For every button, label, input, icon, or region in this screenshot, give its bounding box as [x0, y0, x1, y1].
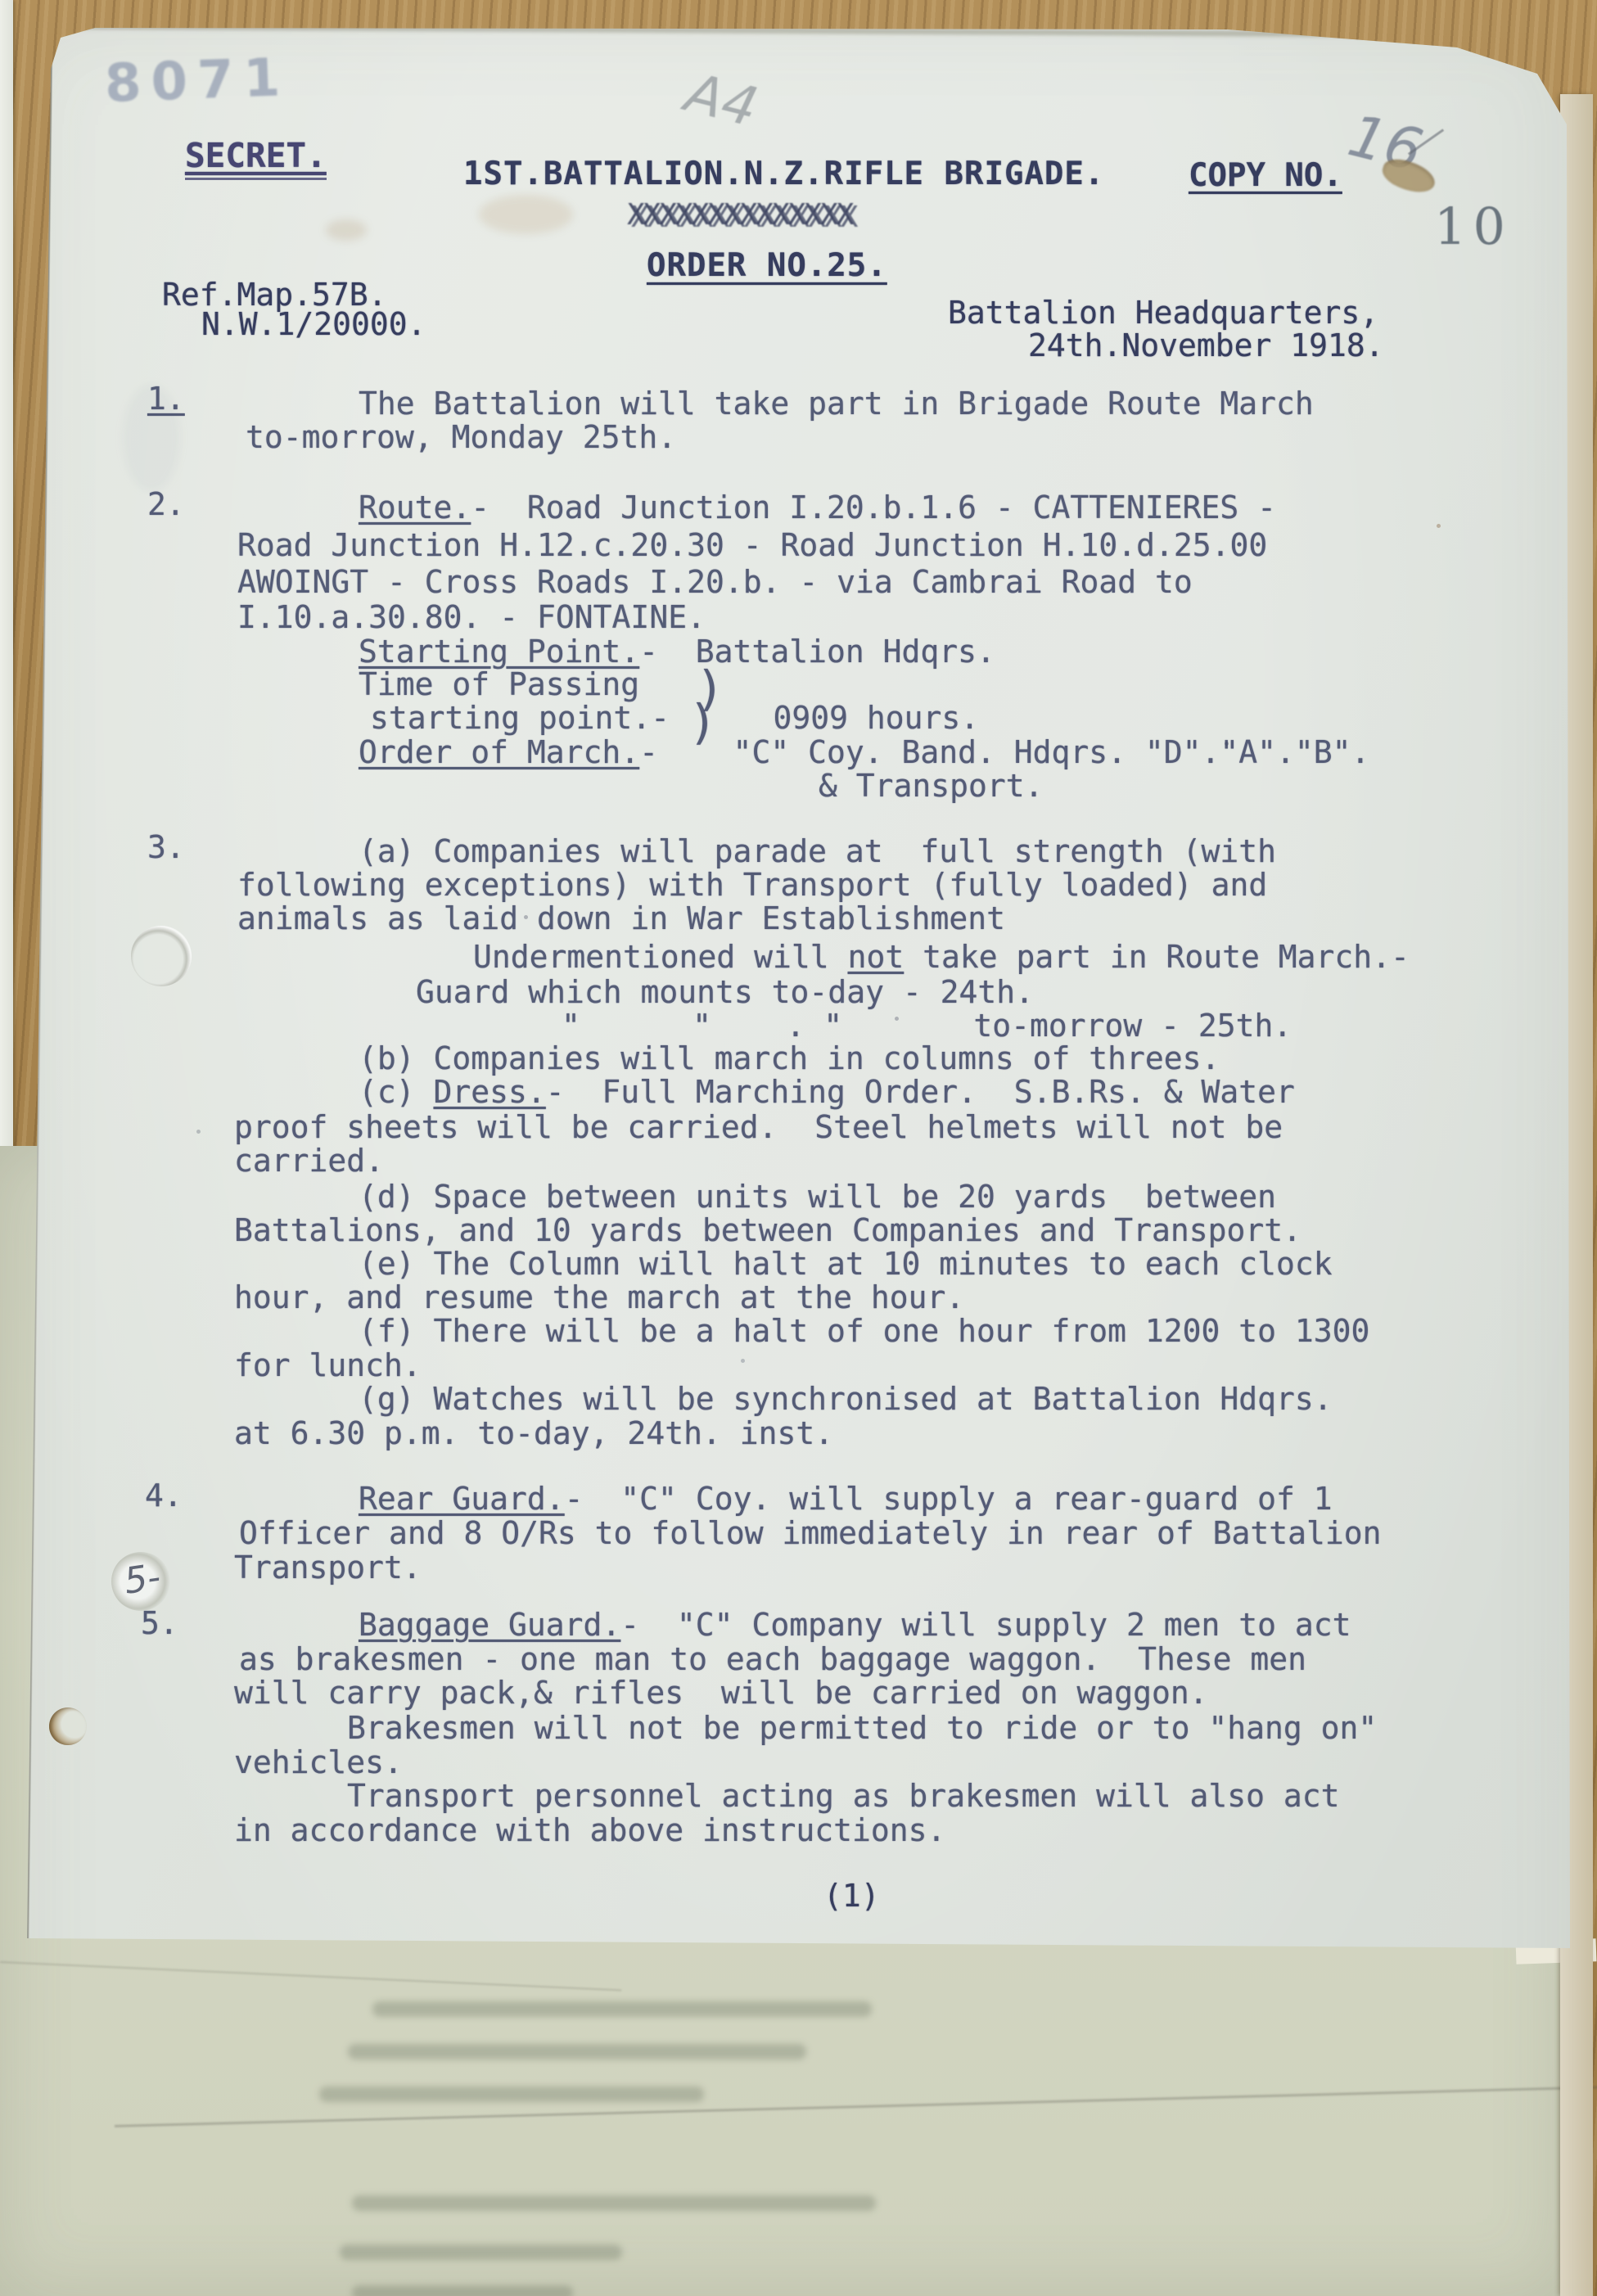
typed-line: Transport.	[234, 1552, 422, 1585]
typed-line: Battalions, and 10 yards between Compani…	[234, 1215, 1302, 1247]
typed-line: hour, and resume the march at the hour.	[234, 1282, 964, 1315]
typed-line: Baggage Guard.- "C" Company will supply …	[359, 1609, 1351, 1642]
typed-line: Road Junction H.12.c.20.30 - Road Juncti…	[237, 530, 1267, 562]
typed-line: (g) Watches will be synchronised at Batt…	[359, 1383, 1333, 1416]
typed-line: at 6.30 p.m. to-day, 24th. inst.	[234, 1418, 833, 1450]
typed-line: & Transport.	[819, 770, 1044, 803]
typed-line: The Battalion will take part in Brigade …	[359, 388, 1314, 421]
typed-line: carried.	[234, 1145, 384, 1178]
typed-line: for lunch.	[234, 1350, 422, 1383]
typed-line: will carry pack,& rifles will be carried…	[234, 1677, 1208, 1710]
typed-lines: 1.The Battalion will take part in Brigad…	[0, 0, 1597, 2296]
typed-line: Time of Passing )	[359, 669, 724, 701]
typed-line: 2.	[147, 489, 185, 521]
scanned-document-photo: 8071 A4 10 16 5- SECRET. 1ST.BATTALION.N…	[0, 0, 1597, 2296]
typed-line: vehicles.	[234, 1747, 403, 1780]
typed-line: 5.	[141, 1608, 178, 1640]
typed-line: (b) Companies will march in columns of t…	[359, 1043, 1220, 1076]
typed-line: Rear Guard.- "C" Coy. will supply a rear…	[359, 1483, 1333, 1516]
typed-line: (a) Companies will parade at full streng…	[359, 836, 1276, 868]
typed-line: Guard which mounts to-day - 24th.	[416, 977, 1034, 1009]
typed-line: (c) Dress.- Full Marching Order. S.B.Rs.…	[359, 1076, 1295, 1109]
typed-line: animals as laid down in War Establishmen…	[237, 903, 1005, 936]
typed-line: 3.	[147, 832, 185, 864]
typed-line: (d) Space between units will be 20 yards…	[359, 1181, 1276, 1214]
typed-line: following exceptions) with Transport (fu…	[237, 869, 1267, 902]
typed-line: " " . " to-morrow - 25th.	[562, 1010, 1292, 1043]
typed-line: Transport personnel acting as brakesmen …	[347, 1780, 1340, 1813]
typed-line: starting point.- ) 0909 hours.	[370, 702, 979, 735]
typed-line: Officer and 8 O/Rs to follow immediately…	[239, 1518, 1382, 1550]
typed-line: Starting Point.- Battalion Hdqrs.	[359, 636, 995, 669]
typed-line: Order of March.- "C" Coy. Band. Hdqrs. "…	[359, 737, 1369, 769]
typed-line: to-morrow, Monday 25th.	[246, 422, 676, 454]
typed-line: Undermentioned will not take part in Rou…	[473, 941, 1410, 974]
typed-line: in accordance with above instructions.	[234, 1815, 945, 1847]
typed-line: Brakesmen will not be permitted to ride …	[347, 1712, 1377, 1745]
typed-line: (e) The Column will halt at 10 minutes t…	[359, 1248, 1333, 1281]
typed-line: proof sheets will be carried. Steel helm…	[234, 1112, 1283, 1144]
typed-line: 4.	[145, 1480, 183, 1513]
typed-line: as brakesmen - one man to each baggage w…	[239, 1644, 1306, 1676]
typed-line: 1.	[147, 383, 185, 416]
typed-line: Route.- Road Junction I.20.b.1.6 - CATTE…	[359, 492, 1276, 525]
typed-line: AWOINGT - Cross Roads I.20.b. - via Camb…	[237, 566, 1193, 599]
typed-line: I.10.a.30.80. - FONTAINE.	[237, 602, 706, 634]
typed-line: (f) There will be a halt of one hour fro…	[359, 1315, 1369, 1348]
